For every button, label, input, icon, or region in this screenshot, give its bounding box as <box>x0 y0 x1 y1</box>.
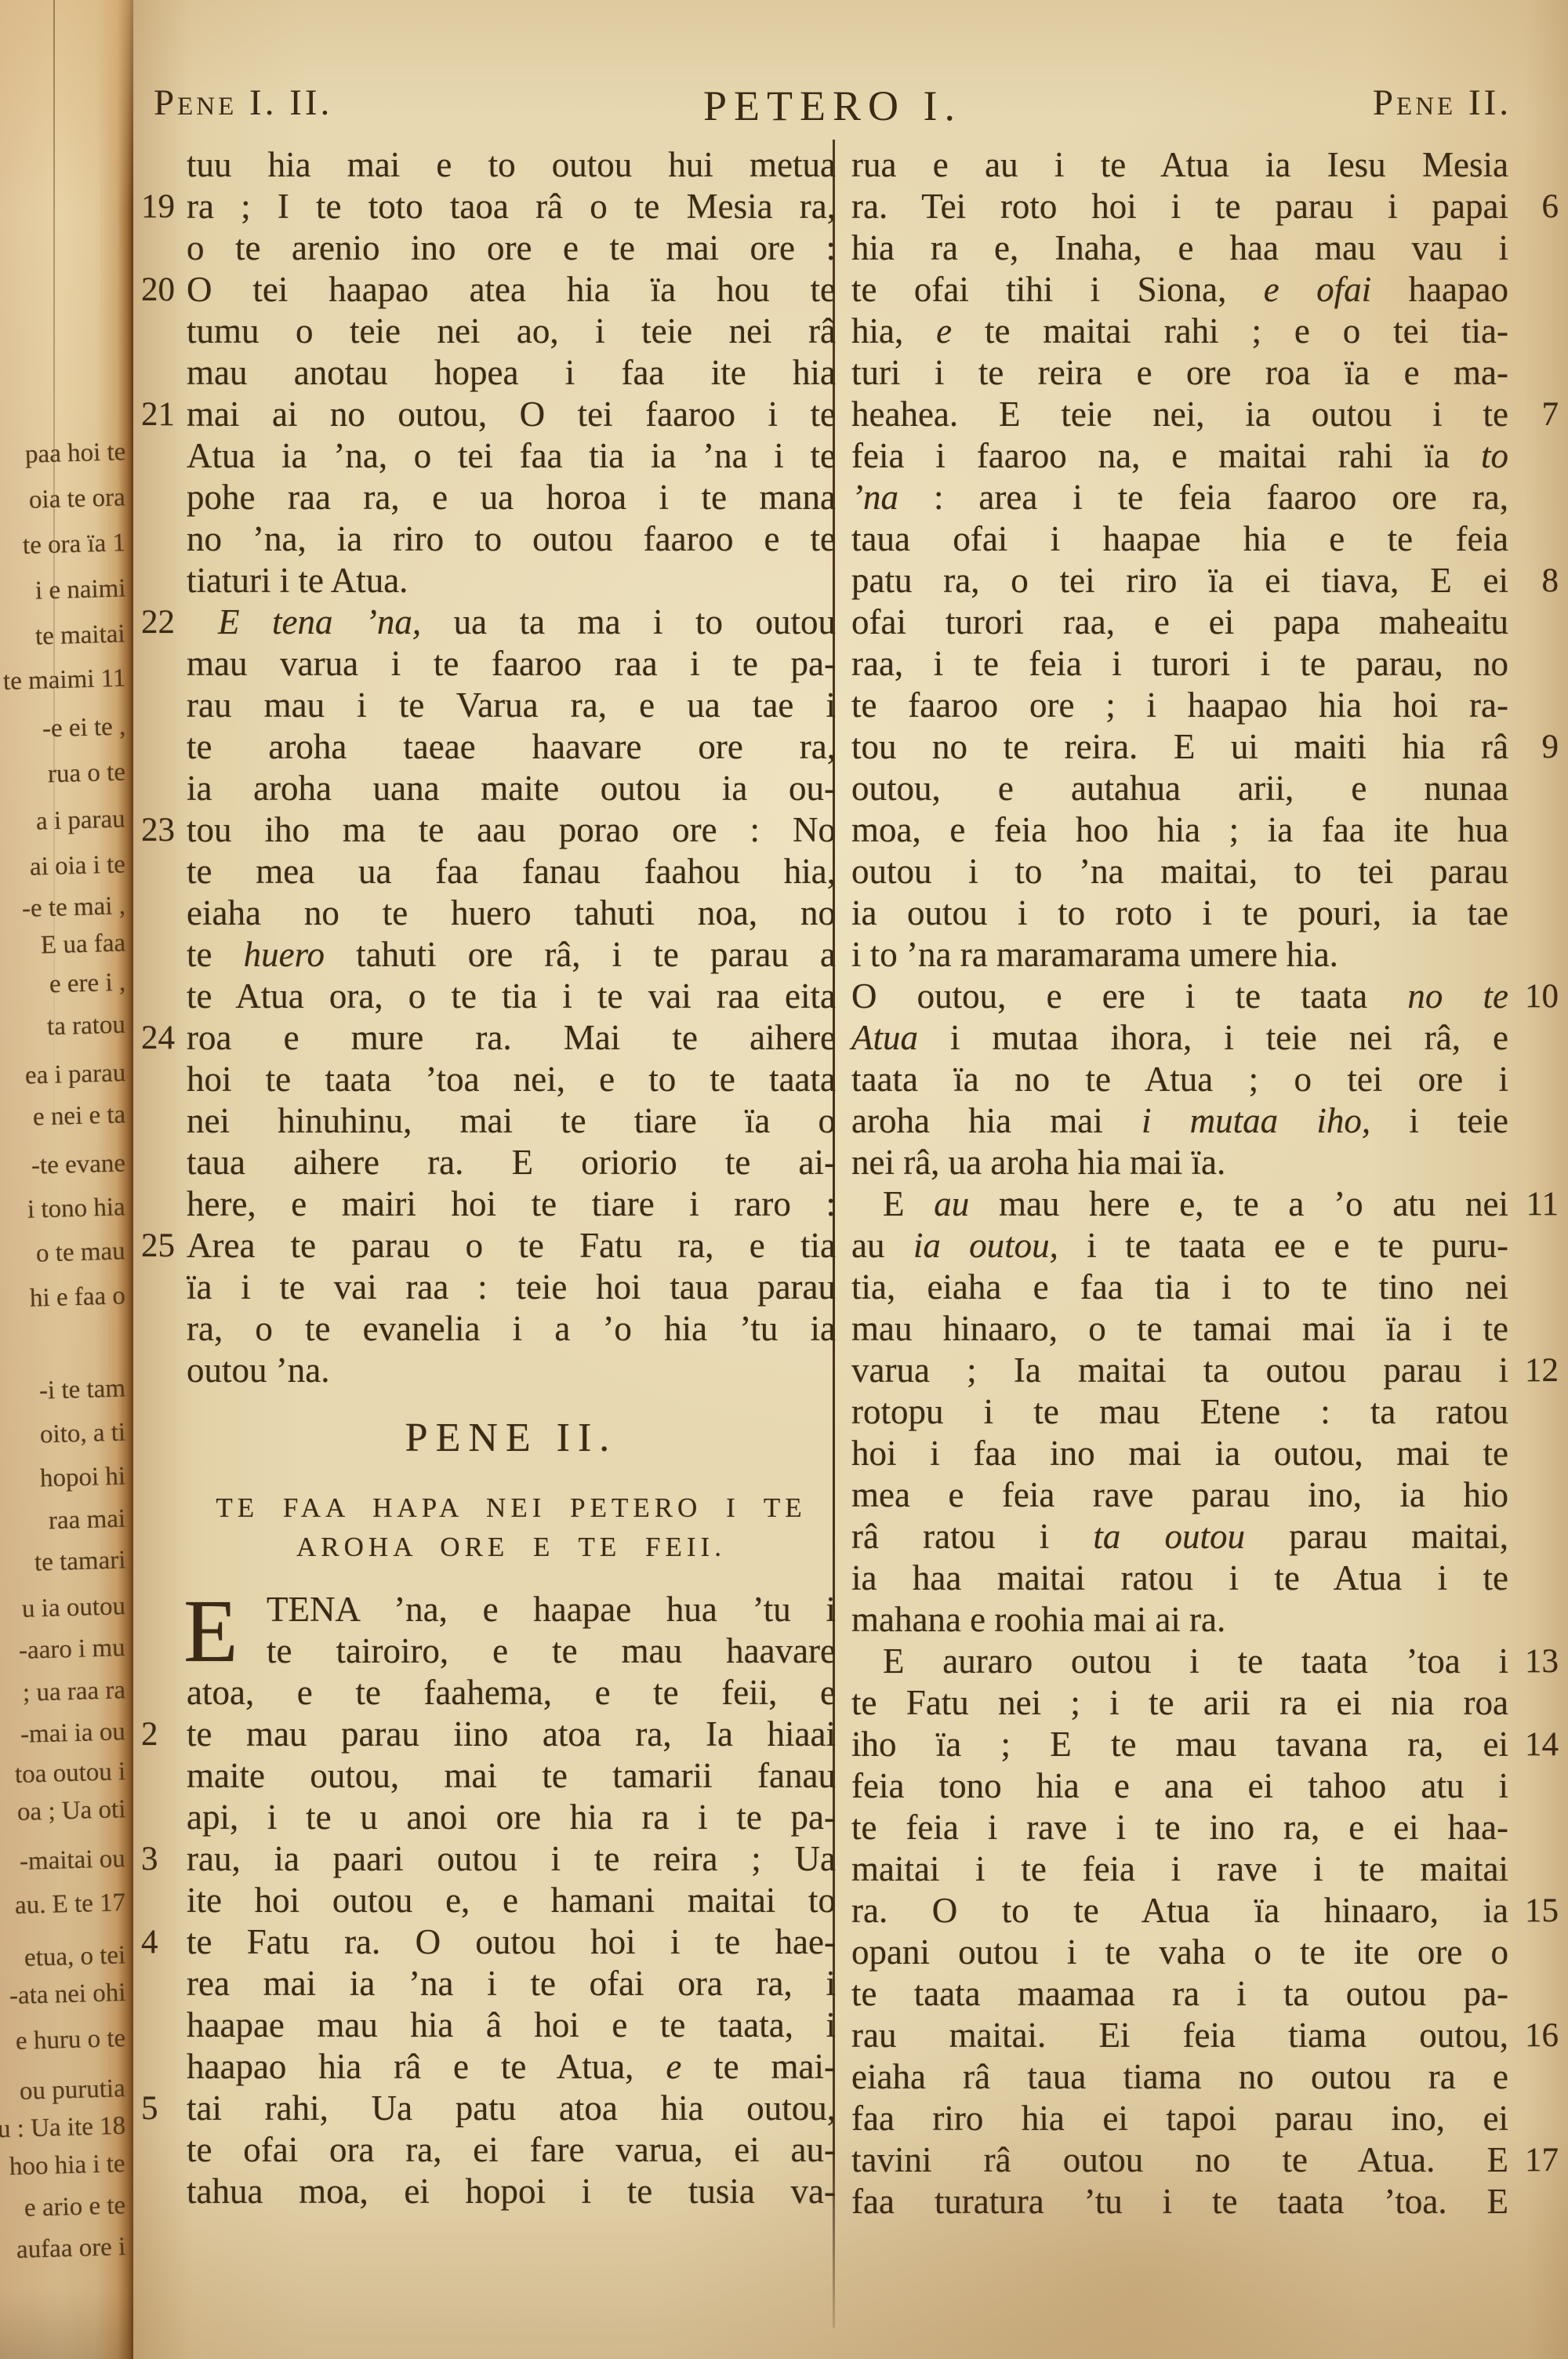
chapter-heading: PENE II. TE FAA HAPA NEI PETERO I TE ARO… <box>187 1415 836 1567</box>
text-line: E auraro outou i te taata ’toa i13 <box>851 1641 1508 1682</box>
text-line: i to ’na ra maramarama umere hia. <box>851 934 1508 976</box>
text-line: TENA ’na, e haapae hua ’tu i <box>267 1589 836 1630</box>
text-line: ra. Tei roto hoi i te parau i papai6 <box>851 186 1508 227</box>
text-line: atoa, e te faahema, e te feii, e <box>187 1672 836 1714</box>
verse-number: 15 <box>1525 1890 1559 1932</box>
chapter-title: PENE II. <box>187 1415 836 1462</box>
text-line: ia haa maitai ratou i te Atua i te <box>851 1558 1508 1599</box>
text-line: Atua i mutaa ihora, i teie nei râ, e <box>851 1017 1508 1059</box>
text-line: rea mai ia ’na i te ofai ora ra, i <box>187 1963 836 2005</box>
text-line: râ ratou i ta outou parau maitai, <box>851 1516 1508 1558</box>
text-line: te Atua ora, o te tia i te vai raa eita <box>187 976 836 1017</box>
text-line: eiaha no te huero tahuti noa, no <box>187 892 836 934</box>
verse-number: 4 <box>141 1921 158 1963</box>
verse-number: 11 <box>1526 1183 1559 1225</box>
verse-number: 23 <box>141 809 175 851</box>
book-page-photo: paa hoi teoia te orate ora ïa 1i e naimi… <box>0 0 1568 2359</box>
text-line: taata ïa no te Atua ; o tei ore i <box>851 1059 1508 1100</box>
running-head: Pene I. II. PETERO I. Pene II. <box>0 82 1568 136</box>
text-line: outou, e autahua arii, e nunaa <box>851 768 1508 809</box>
left-column-chapter2-lines: TENA ’na, e haapae hua ’tu ite tairoiro,… <box>187 1589 836 2212</box>
text-line: feia i faaroo na, e maitai rahi ïa to <box>851 435 1508 477</box>
text-line: mea e feia rave parau ino, ia hio <box>851 1474 1508 1516</box>
text-line: maitai i te feia i rave i te maitai <box>851 1848 1508 1890</box>
text-line: E au mau here e, te a ’o atu nei11 <box>851 1183 1508 1225</box>
page: Pene I. II. PETERO I. Pene II. tuu hia m… <box>133 0 1568 2359</box>
text-line: hia ra e, Inaha, e haa mau vau i <box>851 227 1508 269</box>
text-line: O tei haapao atea hia ïa hou te20 <box>187 269 836 311</box>
text-line: tou iho ma te aau porao ore : No23 <box>187 809 836 851</box>
text-line: outou i to ’na maitai, to tei parau <box>851 851 1508 892</box>
text-line: tiaturi i te Atua. <box>187 560 836 602</box>
text-line: ra ; I te toto taoa râ o te Mesia ra,19 <box>187 186 836 227</box>
text-line: E tena ’na, ua ta ma i to outou22 <box>187 602 836 643</box>
left-column: tuu hia mai e to outou hui metuara ; I t… <box>187 144 836 2212</box>
verse-number: 24 <box>141 1017 175 1059</box>
text-line: faa riro hia ei tapoi parau ino, ei <box>851 2098 1508 2139</box>
text-line: tai rahi, Ua patu atoa hia outou,5 <box>187 2088 836 2129</box>
text-line: pohe raa ra, e ua horoa i te mana <box>187 477 836 518</box>
verse-number: 2 <box>141 1714 158 1755</box>
text-line: rau mau i te Varua ra, e ua tae i <box>187 685 836 726</box>
text-line: patu ra, o tei riro ïa ei tiava, E ei8 <box>851 560 1508 602</box>
right-column-lines: rua e au i te Atua ia Iesu Mesiara. Tei … <box>851 144 1508 2223</box>
text-line: taua aihere ra. E oriorio te ai- <box>187 1142 836 1183</box>
verse-number: 17 <box>1525 2139 1559 2181</box>
text-line: turi i te reira e ore roa ïa e ma- <box>851 352 1508 394</box>
text-line: te faaroo ore ; i haapao hia hoi ra- <box>851 685 1508 726</box>
text-line: taua ofai i haapae hia e te feia <box>851 518 1508 560</box>
text-line: ofai turori raa, e ei papa maheaitu <box>851 602 1508 643</box>
text-line: ’na : area i te feia faaroo ore ra, <box>851 477 1508 518</box>
text-line: te huero tahuti ore râ, i te parau a <box>187 934 836 976</box>
text-line: tahua moa, ei hopoi i te tusia va- <box>187 2171 836 2212</box>
text-line: maite outou, mai te tamarii fanau <box>187 1755 836 1797</box>
text-line: nei hinuhinu, mai te tiare ïa o <box>187 1100 836 1142</box>
text-line: mahana e roohia mai ai ra. <box>851 1599 1508 1641</box>
text-line: au ia outou, i te taata ee e te puru- <box>851 1225 1508 1267</box>
text-line: ra, o te evanelia i a ’o hia ’tu ia <box>187 1308 836 1350</box>
text-line: tia, eiaha e faa tia i to te tino nei <box>851 1267 1508 1308</box>
text-line: ia outou i to roto i te pouri, ia tae <box>851 892 1508 934</box>
text-line: hoi i faa ino mai ia outou, mai te <box>851 1433 1508 1474</box>
text-line: ite hoi outou e, e hamani maitai to <box>187 1880 836 1921</box>
text-line: eiaha râ taua tiama no outou ra e <box>851 2056 1508 2098</box>
text-line: iho ïa ; E te mau tavana ra, ei14 <box>851 1724 1508 1765</box>
text-line: te Fatu ra. O outou hoi i te hae-4 <box>187 1921 836 1963</box>
text-line: aroha hia mai i mutaa iho, i teie <box>851 1100 1508 1142</box>
text-line: tuu hia mai e to outou hui metua <box>187 144 836 186</box>
text-line: tavini râ outou no te Atua. E17 <box>851 2139 1508 2181</box>
verse-number: 14 <box>1525 1724 1559 1765</box>
verse-number: 6 <box>1542 186 1559 227</box>
verse-number: 22 <box>141 602 175 643</box>
verse-number: 20 <box>141 269 175 311</box>
verse-number: 5 <box>141 2088 158 2129</box>
text-line: faa turatura ’tu i te taata ’toa. E <box>851 2181 1508 2223</box>
verse-number: 9 <box>1542 726 1559 768</box>
text-line: rau maitai. Ei feia tiama outou,16 <box>851 2015 1508 2056</box>
text-line: mau varua i te faaroo raa i te pa- <box>187 643 836 685</box>
verse-number: 19 <box>141 186 175 227</box>
text-line: Atua ia ’na, o tei faa tia ia ’na i te <box>187 435 836 477</box>
left-column-chapter2-block: E TENA ’na, e haapae hua ’tu ite tairoir… <box>187 1589 836 2212</box>
verse-number: 3 <box>141 1838 158 1880</box>
text-line: api, i te u anoi ore hia ra i te pa- <box>187 1797 836 1838</box>
text-line: tou no te reira. E ui maiti hia râ9 <box>851 726 1508 768</box>
text-line: opani outou i te vaha o te ite ore o <box>851 1932 1508 1973</box>
text-line: o te arenio ino ore e te mai ore : <box>187 227 836 269</box>
text-layer: Pene I. II. PETERO I. Pene II. tuu hia m… <box>0 0 1568 2359</box>
text-line: ïa i te vai raa : teie hoi taua parau <box>187 1267 836 1308</box>
text-line: hia, e te maitai rahi ; e o tei tia- <box>851 311 1508 352</box>
text-line: mai ai no outou, O tei faaroo i te21 <box>187 394 836 435</box>
text-line: varua ; Ia maitai ta outou parau i12 <box>851 1350 1508 1391</box>
text-line: te taata maamaa ra i ta outou pa- <box>851 1973 1508 2015</box>
text-line: raa, i te feia i turori i te parau, no <box>851 643 1508 685</box>
running-head-right: Pene II. <box>1373 82 1512 124</box>
text-line: mau hinaaro, o te tamai mai ïa i te <box>851 1308 1508 1350</box>
text-line: te ofai ora ra, ei fare varua, ei au- <box>187 2129 836 2171</box>
text-line: hoi te taata ’toa nei, e to te taata <box>187 1059 836 1100</box>
text-line: te tairoiro, e te mau haavare <box>267 1630 836 1672</box>
verse-number: 10 <box>1525 976 1559 1017</box>
text-line: O outou, e ere i te taata no te10 <box>851 976 1508 1017</box>
text-line: heahea. E teie nei, ia outou i te7 <box>851 394 1508 435</box>
text-line: outou ’na. <box>187 1350 836 1391</box>
verse-number: 16 <box>1525 2015 1559 2056</box>
chapter-subtitle-line2: AROHA ORE E TE FEII. <box>187 1528 836 1567</box>
verse-number: 25 <box>141 1225 175 1267</box>
text-line: te feia i rave i te ino ra, e ei haa- <box>851 1807 1508 1848</box>
right-column: rua e au i te Atua ia Iesu Mesiara. Tei … <box>851 144 1508 2223</box>
text-line: moa, e feia hoo hia ; ia faa ite hua <box>851 809 1508 851</box>
drop-cap: E <box>183 1592 238 1670</box>
text-line: here, e mairi hoi te tiare i raro : <box>187 1183 836 1225</box>
left-column-chapter1-lines: tuu hia mai e to outou hui metuara ; I t… <box>187 144 836 1391</box>
text-line: ia aroha uana maite outou ia ou- <box>187 768 836 809</box>
text-line: mau anotau hopea i faa ite hia <box>187 352 836 394</box>
running-head-center: PETERO I. <box>703 82 962 130</box>
chapter-subtitle-line1: TE FAA HAPA NEI PETERO I TE <box>187 1488 836 1528</box>
text-line: rotopu i te mau Etene : ta ratou <box>851 1391 1508 1433</box>
verse-number: 7 <box>1542 394 1559 435</box>
text-line: ra. O to te Atua ïa hinaaro, ia15 <box>851 1890 1508 1932</box>
running-head-left: Pene I. II. <box>154 82 332 124</box>
text-line: nei râ, ua aroha hia mai ïa. <box>851 1142 1508 1183</box>
verse-number: 21 <box>141 394 175 435</box>
text-line: te Fatu nei ; i te arii ra ei nia roa <box>851 1682 1508 1724</box>
text-line: haapao hia râ e te Atua, e te mai- <box>187 2046 836 2088</box>
text-line: rau, ia paari outou i te reira ; Ua3 <box>187 1838 836 1880</box>
text-line: te aroha taeae haavare ore ra, <box>187 726 836 768</box>
text-line: te mea ua faa fanau faahou hia, <box>187 851 836 892</box>
verse-number: 8 <box>1542 560 1559 602</box>
text-line: haapae mau hia â hoi e te taata, i <box>187 2005 836 2046</box>
text-line: te mau parau iino atoa ra, Ia hiaai2 <box>187 1714 836 1755</box>
text-line: rua e au i te Atua ia Iesu Mesia <box>851 144 1508 186</box>
text-line: te ofai tihi i Siona, e ofai haapao <box>851 269 1508 311</box>
verse-number: 13 <box>1525 1641 1559 1682</box>
text-line: tumu o teie nei ao, i teie nei râ <box>187 311 836 352</box>
verse-number: 12 <box>1525 1350 1559 1391</box>
text-line: Area te parau o te Fatu ra, e tia25 <box>187 1225 836 1267</box>
text-line: no ’na, ia riro to outou faaroo e te <box>187 518 836 560</box>
text-line: roa e mure ra. Mai te aihere24 <box>187 1017 836 1059</box>
text-line: feia tono hia e ana ei tahoo atu i <box>851 1765 1508 1807</box>
